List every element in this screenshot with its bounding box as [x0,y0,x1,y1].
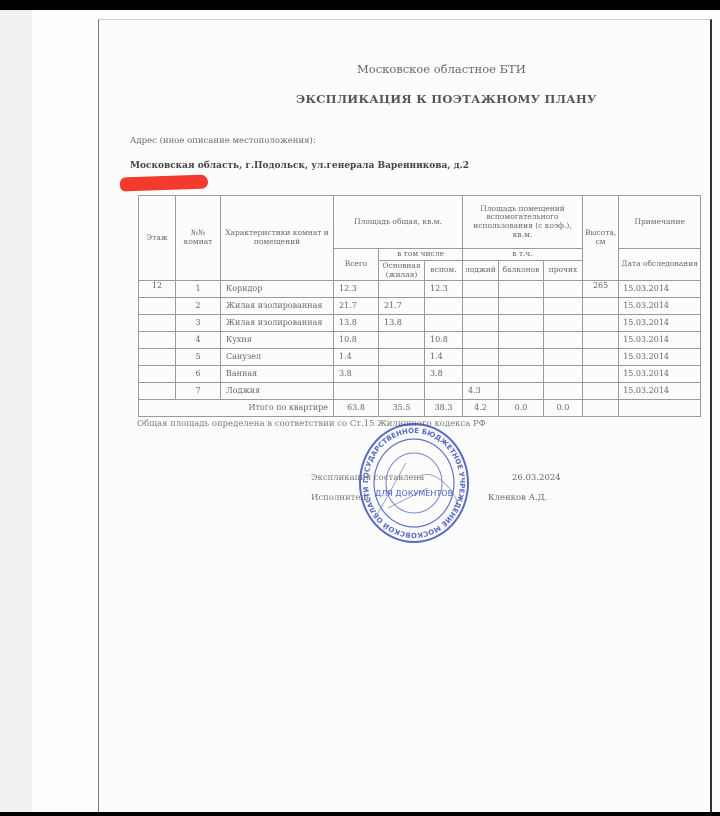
cell-other [544,332,583,349]
cell-floor: 12 [139,281,176,298]
cell-loggia [463,366,499,383]
cell-no: 6 [176,366,221,383]
cell-aux [425,298,463,315]
cell-balcony [499,298,544,315]
totals-aux: 38.3 [425,400,463,417]
cell-total: 21.7 [334,298,379,315]
address-value: Московская область, г.Подольск, ул.генер… [130,161,469,171]
cell-other [544,383,583,400]
cell-name: Жилая изолированная [221,315,334,332]
cell-no: 3 [176,315,221,332]
cell-loggia [463,332,499,349]
header-loggias: лоджий [463,261,499,281]
cell-date: 15.03.2014 [619,281,701,298]
cell-main [379,383,425,400]
cell-height [583,349,619,366]
cell-floor [139,315,176,332]
totals-date [619,400,701,417]
cell-main [379,332,425,349]
cell-date: 15.03.2014 [619,332,701,349]
cell-floor [139,349,176,366]
cell-aux: 3.8 [425,366,463,383]
cell-main: 13.8 [379,315,425,332]
cell-loggia: 4.3 [463,383,499,400]
table-row: 4Кухня10.810.815.03.2014 [139,332,701,349]
totals-main: 35.5 [379,400,425,417]
cell-aux: 10.8 [425,332,463,349]
totals-balcony: 0.0 [499,400,544,417]
cell-other [544,281,583,298]
cell-no: 5 [176,349,221,366]
official-stamp: ГОСУДАРСТВЕННОЕ БЮДЖЕТНОЕ УЧРЕЖДЕНИЕ МОС… [358,418,470,548]
explication-table: Этаж №№ комнат Характеристики комнат и п… [138,195,701,417]
cell-no: 7 [176,383,221,400]
header-total-area: Площадь общая, кв.м. [334,196,463,249]
cell-total: 10.8 [334,332,379,349]
cell-name: Лоджия [221,383,334,400]
cell-name: Кухня [221,332,334,349]
table-row: 121Коридор12.312.326515.03.2014 [139,281,701,298]
cell-date: 15.03.2014 [619,383,701,400]
cell-aux [425,315,463,332]
svg-text:ГОСУДАРСТВЕННОЕ БЮДЖЕТНОЕ УЧРЕ: ГОСУДАРСТВЕННОЕ БЮДЖЕТНОЕ УЧРЕЖДЕНИЕ МОС… [362,427,466,539]
header-height: Высота, см [583,196,619,281]
cell-aux [425,383,463,400]
cell-balcony [499,366,544,383]
cell-floor [139,298,176,315]
cell-loggia [463,298,499,315]
issued-date: 26.03.2024 [512,473,561,483]
cell-loggia [463,349,499,366]
totals-label: Итого по квартире [139,400,334,417]
cell-height [583,366,619,383]
table-row: 5Санузел1.41.415.03.2014 [139,349,701,366]
cell-balcony [499,281,544,298]
header-incl-short: в т.ч. [463,249,583,261]
header-main: Основная (жилая) [379,261,425,281]
totals-other: 0.0 [544,400,583,417]
cell-balcony [499,315,544,332]
cell-loggia [463,281,499,298]
header-survey-date: Дата обследования [619,249,701,281]
cell-other [544,366,583,383]
cell-date: 15.03.2014 [619,298,701,315]
totals-row: Итого по квартире 63.8 35.5 38.3 4.2 0.0… [139,400,701,417]
cell-total: 13.8 [334,315,379,332]
cell-other [544,298,583,315]
header-including: в том числе [379,249,463,261]
header-characteristics: Характеристики комнат и помещений [221,196,334,281]
viewer-top-bar [0,0,720,10]
header-total: Всего [334,249,379,281]
document-title: ЭКСПЛИКАЦИЯ К ПОЭТАЖНОМУ ПЛАНУ [296,92,597,106]
cell-no: 2 [176,298,221,315]
cell-date: 15.03.2014 [619,366,701,383]
header-balconies: балконов [499,261,544,281]
cell-total: 12.3 [334,281,379,298]
table-row: 3Жилая изолированная13.813.815.03.2014 [139,315,701,332]
cell-height [583,315,619,332]
cell-main [379,366,425,383]
viewer-bottom-bar [0,812,720,816]
cell-balcony [499,383,544,400]
header-note: Примечание [619,196,701,249]
cell-main: 21.7 [379,298,425,315]
organization-name: Московское областное БТИ [357,62,526,76]
cell-no: 4 [176,332,221,349]
cell-balcony [499,349,544,366]
cell-total: 3.8 [334,366,379,383]
cell-no: 1 [176,281,221,298]
header-other: прочих [544,261,583,281]
stamp-ring-text: ГОСУДАРСТВЕННОЕ БЮДЖЕТНОЕ УЧРЕЖДЕНИЕ МОС… [362,427,466,539]
cell-date: 15.03.2014 [619,315,701,332]
totals-total: 63.8 [334,400,379,417]
cell-aux: 1.4 [425,349,463,366]
cell-height [583,383,619,400]
cell-name: Коридор [221,281,334,298]
header-room-no: №№ комнат [176,196,221,281]
totals-loggia: 4.2 [463,400,499,417]
signature-stroke [378,463,458,513]
address-label: Адрес (иное описание местоположения): [130,136,316,146]
header-aux: вспом. [425,261,463,281]
table-row: 6Ванная3.83.815.03.2014 [139,366,701,383]
cell-height: 265 [583,281,619,298]
cell-floor [139,366,176,383]
cell-main [379,281,425,298]
cell-other [544,349,583,366]
cell-name: Санузел [221,349,334,366]
header-floor: Этаж [139,196,176,281]
cell-total [334,383,379,400]
stamp-center-text: ДЛЯ ДОКУМЕНТОВ [375,489,453,498]
cell-total: 1.4 [334,349,379,366]
cell-main [379,349,425,366]
cell-balcony [499,332,544,349]
table-row: 2Жилая изолированная21.721.715.03.2014 [139,298,701,315]
cell-floor [139,383,176,400]
table-row: 7Лоджия4.315.03.2014 [139,383,701,400]
executor-name: Кленков А.Д. [488,493,547,503]
cell-floor [139,332,176,349]
cell-height [583,298,619,315]
totals-height [583,400,619,417]
cell-other [544,315,583,332]
header-aux-area: Площадь помещений вспомогательного испол… [463,196,583,249]
cell-name: Ванная [221,366,334,383]
cell-aux: 12.3 [425,281,463,298]
cell-loggia [463,315,499,332]
cell-date: 15.03.2014 [619,349,701,366]
cell-name: Жилая изолированная [221,298,334,315]
cell-height [583,332,619,349]
